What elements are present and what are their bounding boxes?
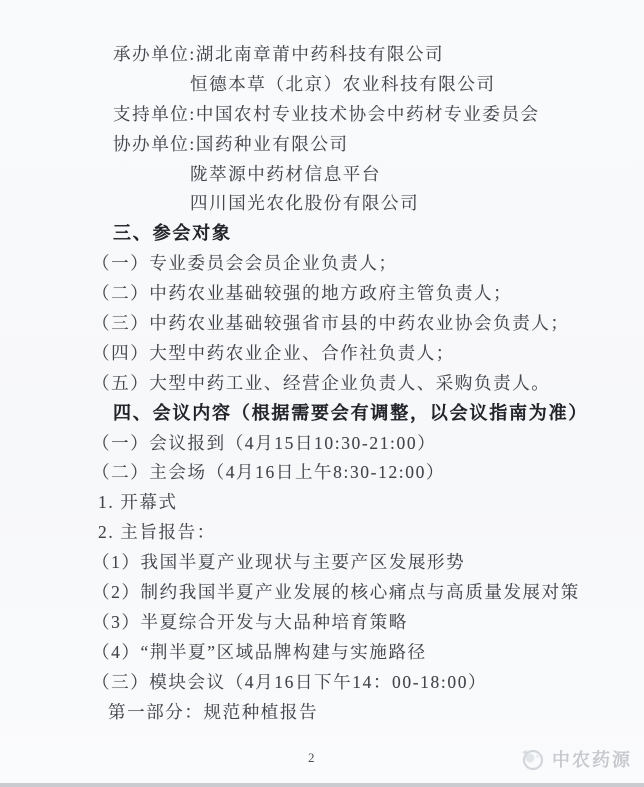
- watermark-label: 中农药源: [552, 746, 632, 772]
- agenda-item: （4）“荆半夏”区域品牌构建与实施路径: [92, 638, 624, 668]
- agenda-item: （3）半夏综合开发与大品种培育策略: [92, 608, 624, 638]
- list-item: （一）专业委员会会员企业负责人；: [92, 249, 624, 279]
- organizer-line: 恒德本草（北京）农业科技有限公司: [113, 70, 624, 100]
- scan-bottom-edge: [0, 783, 644, 787]
- organizer-line: 承办单位:湖北南章莆中药科技有限公司: [113, 40, 624, 70]
- list-item: （五）大型中药工业、经营企业负责人、采购负责人。: [92, 369, 624, 399]
- agenda-part-title: 第一部分：规范种植报告: [108, 698, 624, 728]
- co-organizer-line: 协办单位:国药种业有限公司: [113, 130, 624, 160]
- supporter-line: 支持单位:中国农村专业技术协会中药材专业委员会: [113, 100, 624, 130]
- agenda-item: 2. 主旨报告：: [98, 518, 624, 548]
- document-body: 承办单位:湖北南章莆中药科技有限公司 恒德本草（北京）农业科技有限公司 支持单位…: [113, 40, 624, 727]
- page-number: 2: [308, 750, 315, 766]
- list-item: （三）中药农业基础较强省市县的中药农业协会负责人；: [92, 309, 624, 339]
- agenda-item: （二）主会场（4月16日上午8:30-12:00）: [92, 458, 624, 488]
- agenda-item: （2）制约我国半夏产业发展的核心痛点与高质量发展对策: [92, 578, 624, 608]
- agenda-item: （三）模块会议（4月16日下午14：00-18:00）: [92, 668, 624, 698]
- agenda-item: （一）会议报到（4月15日10:30-21:00）: [92, 429, 624, 459]
- section-heading-agenda: 四、会议内容（根据需要会有调整，以会议指南为准）: [113, 399, 624, 429]
- agenda-item: （1）我国半夏产业现状与主要产区发展形势: [92, 548, 624, 578]
- section-heading-participants: 三、参会对象: [113, 219, 624, 249]
- agenda-item: 1. 开幕式: [98, 488, 624, 518]
- co-organizer-line: 陇萃源中药材信息平台: [113, 160, 624, 190]
- watermark-logo-icon: [519, 746, 545, 772]
- list-item: （四）大型中药农业企业、合作社负责人；: [92, 339, 624, 369]
- list-item: （二）中药农业基础较强的地方政府主管负责人；: [92, 279, 624, 309]
- watermark: 中农药源: [519, 746, 632, 772]
- scanned-document-page: 承办单位:湖北南章莆中药科技有限公司 恒德本草（北京）农业科技有限公司 支持单位…: [0, 0, 644, 787]
- co-organizer-line: 四川国光农化股份有限公司: [113, 189, 624, 219]
